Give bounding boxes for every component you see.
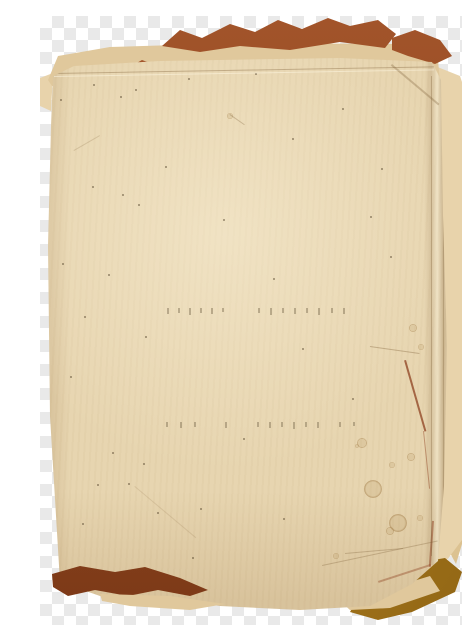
foxing-speck bbox=[112, 452, 114, 454]
foxing-speck bbox=[188, 78, 190, 80]
faded-type-mark bbox=[178, 308, 180, 313]
foxing-speck bbox=[60, 99, 62, 101]
foxing-speck bbox=[342, 108, 344, 110]
crease-line bbox=[74, 135, 100, 151]
faded-type-mark bbox=[282, 308, 284, 313]
foxing-speck bbox=[122, 194, 124, 196]
faded-type-mark bbox=[211, 308, 213, 314]
faded-type-mark bbox=[166, 422, 168, 427]
foxing-speck bbox=[93, 84, 95, 86]
stain-blot bbox=[386, 527, 394, 535]
faded-type-mark bbox=[167, 308, 169, 314]
foxing-speck bbox=[108, 274, 110, 276]
faded-type-mark bbox=[353, 422, 355, 426]
stain-blot bbox=[364, 480, 382, 498]
foxing-speck bbox=[145, 336, 147, 338]
faded-type-mark bbox=[293, 422, 295, 429]
foxing-speck bbox=[352, 398, 354, 400]
foxing-speck bbox=[192, 557, 194, 559]
stain-blot bbox=[409, 324, 417, 332]
faded-type-mark bbox=[294, 308, 296, 314]
foxing-speck bbox=[97, 484, 99, 486]
stain-blot bbox=[227, 113, 233, 119]
foxing-speck bbox=[143, 463, 145, 465]
foxing-speck bbox=[292, 138, 294, 140]
decor-layer bbox=[40, 16, 462, 625]
crease-line bbox=[322, 540, 438, 566]
faded-type-mark bbox=[257, 422, 259, 427]
faded-type-mark bbox=[343, 308, 345, 314]
foxing-speck bbox=[243, 438, 245, 440]
stain-blot bbox=[417, 515, 423, 521]
stain-blot bbox=[355, 444, 359, 448]
old-paper-stack-photo: Photograph of a thick stack of aged beig… bbox=[40, 16, 462, 625]
foxing-speck bbox=[200, 508, 202, 510]
faded-type-mark bbox=[306, 308, 308, 313]
foxing-speck bbox=[82, 523, 84, 525]
faded-type-mark bbox=[258, 308, 260, 313]
foxing-speck bbox=[138, 204, 140, 206]
foxing-speck bbox=[370, 216, 372, 218]
foxing-speck bbox=[92, 186, 94, 188]
foxing-speck bbox=[255, 73, 257, 75]
foxing-speck bbox=[135, 89, 137, 91]
foxing-speck bbox=[120, 96, 122, 98]
stain-blot bbox=[389, 462, 395, 468]
foxing-speck bbox=[84, 316, 86, 318]
front-sheet bbox=[40, 16, 462, 625]
faded-type-mark bbox=[305, 422, 307, 427]
stain-blot bbox=[407, 453, 415, 461]
faded-type-mark bbox=[331, 308, 333, 313]
faded-type-mark bbox=[189, 308, 191, 315]
crease-line bbox=[134, 486, 196, 538]
image-caption: Photograph of a thick stack of aged beig… bbox=[40, 16, 41, 17]
foxing-speck bbox=[70, 376, 72, 378]
faded-type-mark bbox=[270, 308, 272, 315]
faded-type-mark bbox=[339, 422, 341, 427]
faded-type-mark bbox=[180, 422, 182, 428]
foxing-speck bbox=[381, 168, 383, 170]
faded-type-mark bbox=[269, 422, 271, 428]
faded-type-mark bbox=[200, 308, 202, 313]
stain-blot bbox=[357, 438, 367, 448]
foxing-speck bbox=[273, 278, 275, 280]
crease-line bbox=[54, 69, 434, 77]
foxing-speck bbox=[165, 166, 167, 168]
foxing-speck bbox=[223, 219, 225, 221]
faded-type-mark bbox=[318, 308, 320, 315]
crease-line bbox=[345, 548, 403, 554]
foxing-speck bbox=[157, 512, 159, 514]
crease-line bbox=[54, 66, 434, 74]
stain-blot bbox=[389, 514, 407, 532]
crease-line bbox=[229, 114, 244, 125]
foxing-speck bbox=[62, 263, 64, 265]
faded-type-mark bbox=[194, 422, 196, 427]
foxing-speck bbox=[283, 518, 285, 520]
faded-type-mark bbox=[281, 422, 283, 427]
faded-type-mark bbox=[225, 422, 227, 428]
foxing-speck bbox=[302, 348, 304, 350]
stain-blot bbox=[333, 553, 339, 559]
foxing-speck bbox=[128, 483, 130, 485]
foxing-speck bbox=[390, 256, 392, 258]
faded-type-mark bbox=[222, 308, 224, 312]
faded-type-mark bbox=[317, 422, 319, 428]
crease-line bbox=[370, 346, 420, 354]
